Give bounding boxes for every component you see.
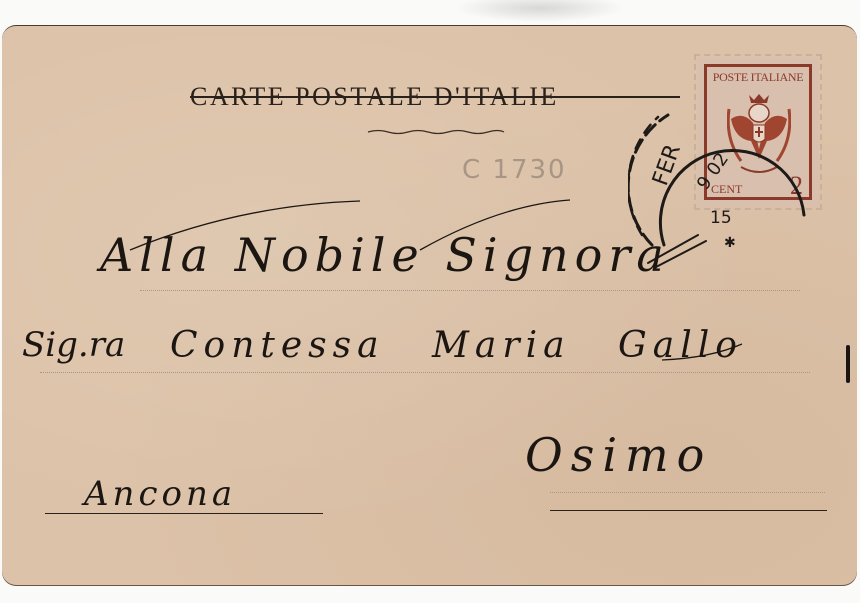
ink-mark [846,345,850,383]
strikethrough-line [190,96,680,98]
address-line-1-rule [140,290,800,291]
pencil-inventory-note: C 1730 [462,155,567,185]
address-city-underline [550,510,827,511]
address-city-rule [550,492,825,493]
address-line-2: Contessa Maria Gallo [170,325,743,366]
address-province-underline [45,513,323,514]
svg-text:✱: ✱ [724,235,736,251]
address-line-1: Alla Nobile Signora [100,228,670,282]
address-province: Ancona [84,474,236,514]
address-city: Osimo [525,428,712,482]
address-line-2-rule [40,372,810,373]
postmark-number: 15 [710,208,732,228]
postmark-town: FER [648,141,686,189]
address-line-2-prefix: Sig.ra [22,325,125,365]
decorative-squiggle [366,128,506,136]
postmark-date: 9 02 [693,149,733,194]
stamp-top-text: POSTE ITALIANE [707,70,809,85]
postcard-heading: CARTE POSTALE D'ITALIE [190,82,690,112]
